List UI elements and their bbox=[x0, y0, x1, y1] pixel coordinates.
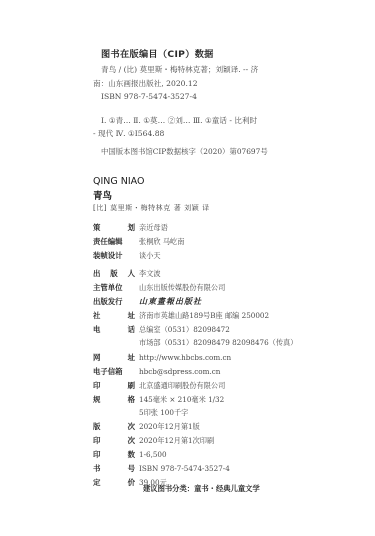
info-label: 出版发行 bbox=[93, 296, 135, 307]
info-value: 张桐欣 马屹南 bbox=[139, 237, 184, 247]
info-row: 电子信箱hbcb@sdpress.com.cn bbox=[93, 366, 220, 377]
info-label-char: 数 bbox=[128, 449, 135, 460]
info-label-char: 划 bbox=[128, 222, 135, 233]
info-row: 电话总编室（0531）82098472 bbox=[93, 324, 230, 335]
book-title: 青鸟 bbox=[93, 188, 112, 202]
info-label-char: 责任编辑 bbox=[93, 236, 123, 247]
info-value: hbcb@sdpress.com.cn bbox=[139, 367, 220, 376]
info-row: 5印张 100千字 bbox=[93, 408, 188, 418]
cip-classification-1: Ⅰ. ①青… Ⅱ. ①莫… ②刘… Ⅲ. ①童话 - 比利时 bbox=[101, 115, 257, 126]
info-value: 2020年12月第1版 bbox=[139, 422, 200, 432]
info-value: 李文波 bbox=[139, 269, 161, 279]
info-label-char: 话 bbox=[128, 324, 135, 335]
info-label-char: 刷 bbox=[128, 380, 135, 391]
info-label-char: 址 bbox=[128, 310, 135, 321]
info-value: 山東畫報出版社 bbox=[139, 296, 202, 307]
info-row: 印刷北京盛通印刷股份有限公司 bbox=[93, 380, 225, 391]
info-label-char: 网 bbox=[93, 352, 100, 363]
info-value: 谈小天 bbox=[139, 251, 161, 261]
info-row: 策划亲近母语 bbox=[93, 222, 168, 233]
info-label: 社址 bbox=[93, 310, 135, 321]
cip-heading: 图书在版编目（CIP）数据 bbox=[101, 46, 214, 60]
info-value: 亲近母语 bbox=[139, 223, 168, 233]
info-label: 定价 bbox=[93, 477, 135, 488]
info-value: 总编室（0531）82098472 bbox=[139, 325, 230, 335]
info-label-char: 人 bbox=[128, 268, 135, 279]
info-row: 市场部（0531）82098479 82098476（传真） bbox=[93, 338, 297, 348]
author-line: [比] 莫里斯・梅特林克 著 刘颖 译 bbox=[93, 203, 210, 213]
info-row: 出版人李文波 bbox=[93, 268, 161, 279]
info-label-char: 号 bbox=[128, 463, 135, 474]
cip-isbn: ISBN 978-7-5474-3527-4 bbox=[101, 92, 197, 101]
info-label: 主管单位 bbox=[93, 282, 135, 293]
info-label-char: 社 bbox=[93, 310, 100, 321]
info-label: 责任编辑 bbox=[93, 236, 135, 247]
info-label-char: 主管单位 bbox=[93, 282, 123, 293]
cip-record-number: 中国版本图书馆CIP数据核字（2020）第07697号 bbox=[101, 146, 268, 157]
info-label: 印数 bbox=[93, 449, 135, 460]
info-label: 规格 bbox=[93, 394, 135, 405]
info-label: 版次 bbox=[93, 421, 135, 432]
info-row: 出版发行山東畫報出版社 bbox=[93, 296, 202, 307]
info-label-char: 出 bbox=[93, 268, 100, 279]
info-label-char: 电 bbox=[93, 324, 100, 335]
info-row: 主管单位山东出版传媒股份有限公司 bbox=[93, 282, 225, 293]
info-label-char: 版 bbox=[110, 268, 117, 279]
info-row: 规格145毫米 × 210毫米 1/32 bbox=[93, 394, 224, 405]
info-label-char: 印 bbox=[93, 435, 100, 446]
info-label-char: 装帧设计 bbox=[93, 250, 123, 261]
info-value: http://www.hbcbs.com.cn bbox=[139, 353, 231, 362]
info-label-char: 址 bbox=[128, 352, 135, 363]
info-row: 网址http://www.hbcbs.com.cn bbox=[93, 352, 231, 363]
info-label: 装帧设计 bbox=[93, 250, 135, 261]
info-label-char: 价 bbox=[128, 477, 135, 488]
info-label-char: 印 bbox=[93, 380, 100, 391]
info-label: 印刷 bbox=[93, 380, 135, 391]
info-label: 书号 bbox=[93, 463, 135, 474]
info-label-char: 书 bbox=[93, 463, 100, 474]
info-value: 1-6,500 bbox=[139, 450, 167, 459]
info-label-char: 电子信箱 bbox=[93, 366, 123, 377]
info-label-char: 定 bbox=[93, 477, 100, 488]
info-label-char: 次 bbox=[128, 435, 135, 446]
info-label: 策划 bbox=[93, 222, 135, 233]
info-value: 5印张 100千字 bbox=[139, 408, 188, 418]
info-value: 2020年12月第1次印刷 bbox=[139, 436, 214, 446]
info-row: 印数1-6,500 bbox=[93, 449, 167, 460]
info-value: 145毫米 × 210毫米 1/32 bbox=[139, 395, 224, 405]
cip-line-2: 南：山东画报出版社, 2020.12 bbox=[93, 78, 198, 89]
info-row: 版次2020年12月第1版 bbox=[93, 421, 200, 432]
info-value: 北京盛通印刷股份有限公司 bbox=[139, 381, 225, 391]
info-value: 山东出版传媒股份有限公司 bbox=[139, 283, 225, 293]
info-row: 责任编辑张桐欣 马屹南 bbox=[93, 236, 184, 247]
info-row: 书号ISBN 978-7-5474-3527-4 bbox=[93, 463, 230, 474]
book-category: 建议图书分类：童书・经典儿童文学 bbox=[143, 484, 260, 494]
info-value: 济南市英雄山路189号B座 邮编 250002 bbox=[139, 311, 269, 321]
info-label-char: 规 bbox=[93, 394, 100, 405]
pinyin-title: QING NIAO bbox=[93, 176, 145, 187]
info-value: ISBN 978-7-5474-3527-4 bbox=[139, 464, 230, 473]
info-label-char: 印 bbox=[93, 449, 100, 460]
info-row: 社址济南市英雄山路189号B座 邮编 250002 bbox=[93, 310, 269, 321]
cip-line-1: 青鸟 / (比) 莫里斯・梅特林克著；刘颖译. -- 济 bbox=[101, 64, 258, 75]
info-label-char: 出版发行 bbox=[93, 296, 123, 307]
info-label-char: 版 bbox=[93, 421, 100, 432]
info-label-char: 次 bbox=[128, 421, 135, 432]
cip-classification-2: - 现代 Ⅳ. ①I564.88 bbox=[93, 128, 164, 139]
info-row: 装帧设计谈小天 bbox=[93, 250, 161, 261]
info-label: 网址 bbox=[93, 352, 135, 363]
info-label: 电子信箱 bbox=[93, 366, 135, 377]
info-row: 印次2020年12月第1次印刷 bbox=[93, 435, 214, 446]
info-label: 电话 bbox=[93, 324, 135, 335]
info-label-char: 策 bbox=[93, 222, 100, 233]
info-value: 市场部（0531）82098479 82098476（传真） bbox=[139, 338, 297, 348]
info-label: 印次 bbox=[93, 435, 135, 446]
info-label: 出版人 bbox=[93, 268, 135, 279]
info-label-char: 格 bbox=[128, 394, 135, 405]
